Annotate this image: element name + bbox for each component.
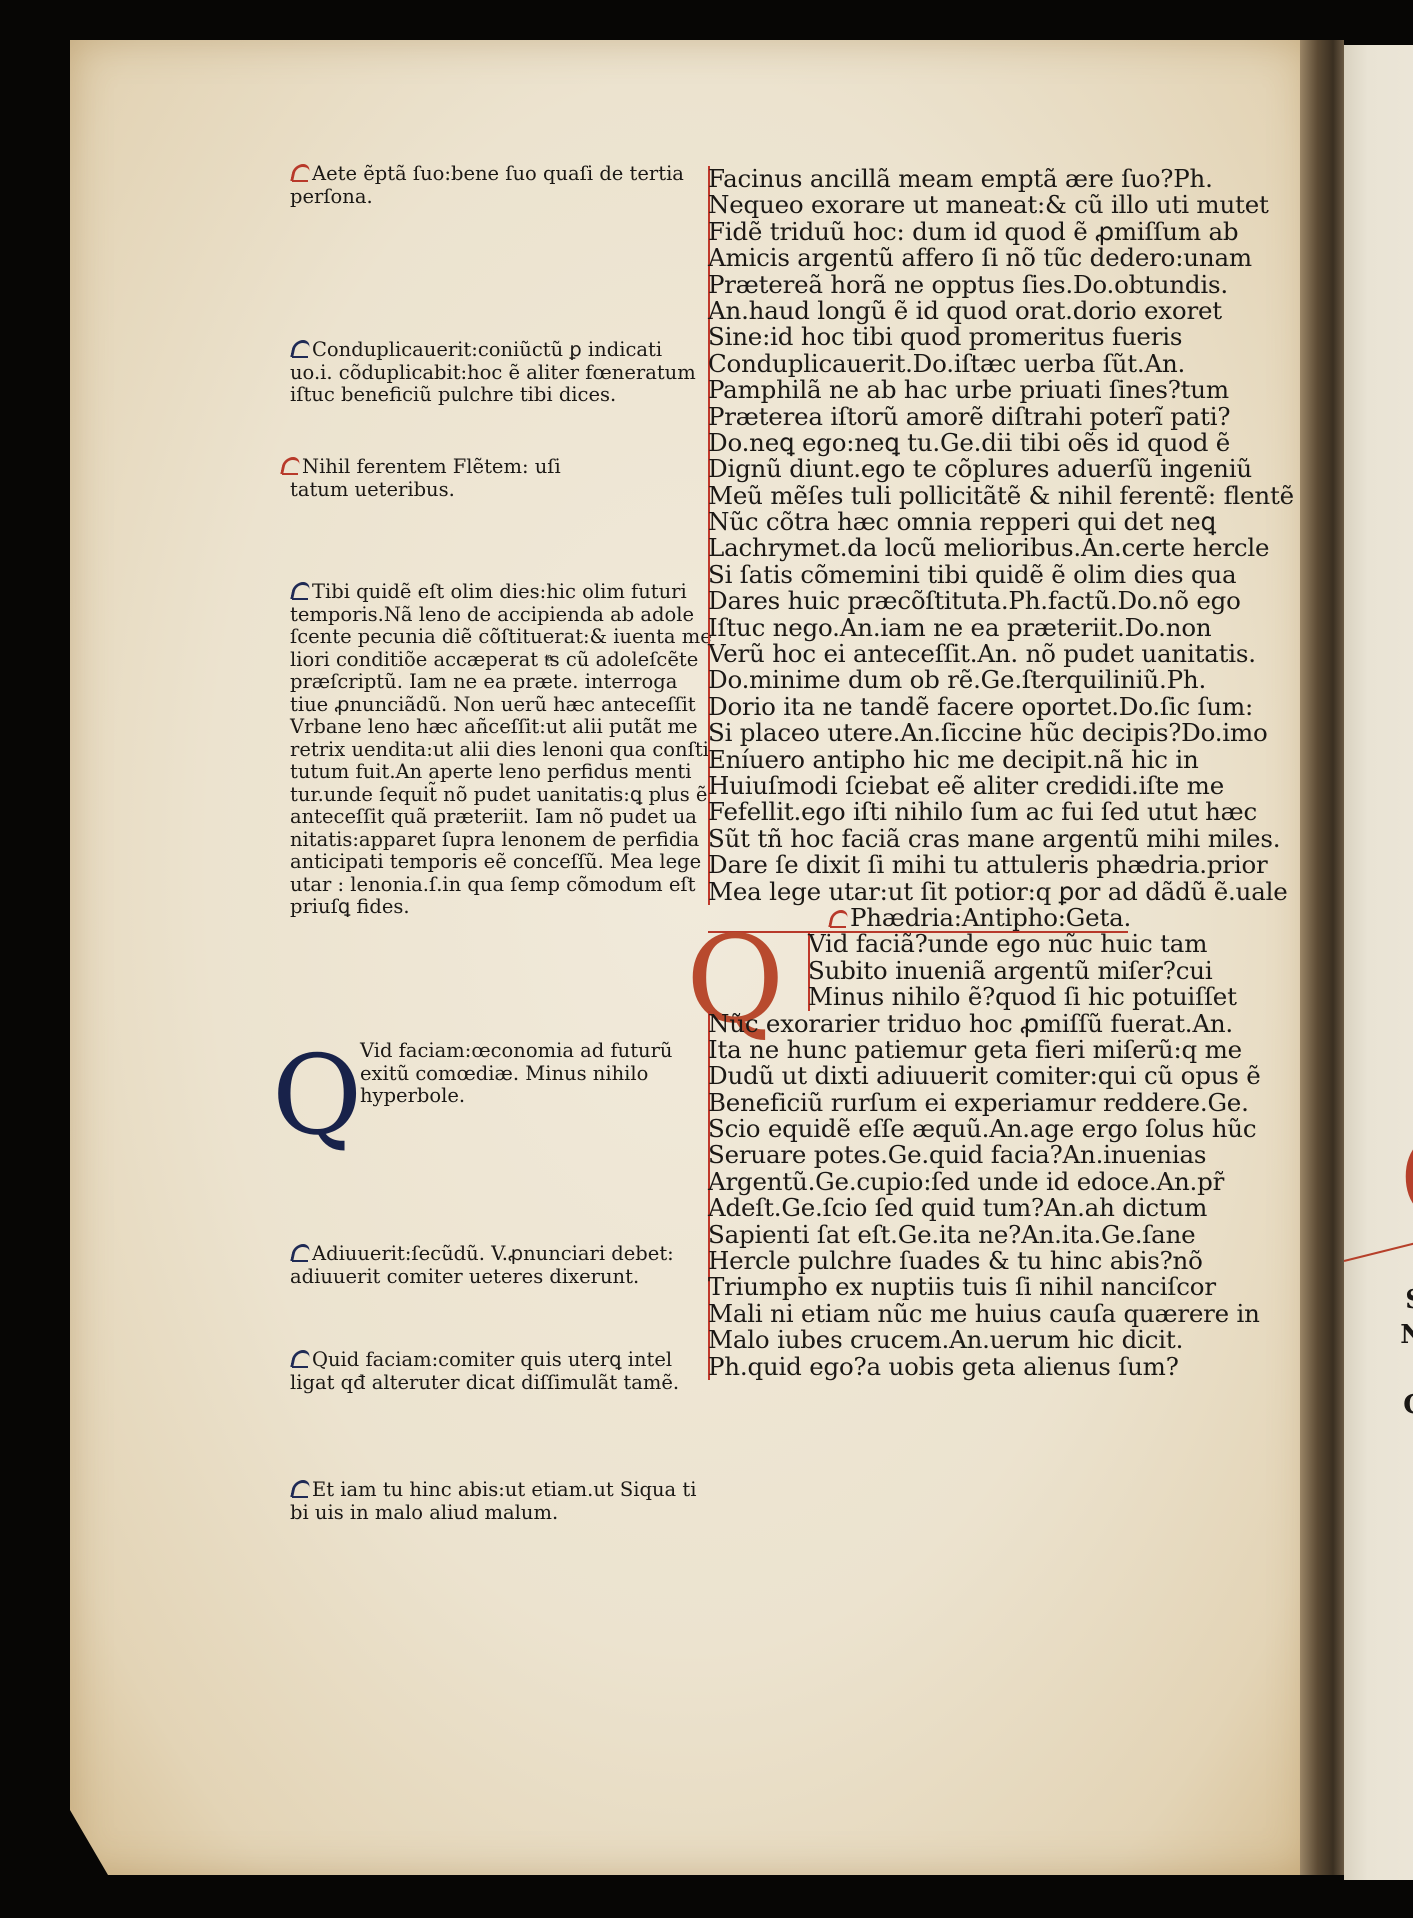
verse-line: Mea lege utar:ut ſit potior:q ꝑor ad dãd… xyxy=(708,879,1268,905)
commentary-block: Nihil ferentem Flẽtem: uſi tatum ueterib… xyxy=(280,455,680,501)
pilcrow-icon xyxy=(290,162,310,182)
commentary-line: Tibi quidẽ eſt olim dies:hic olim futuri xyxy=(312,580,687,603)
verse-line: Fefellit.ego iſti nihilo ſum ac fui ſed … xyxy=(708,799,1268,825)
commentary-line: nitatis:apparet ſupra lenonem de perfidi… xyxy=(290,829,690,852)
pilcrow-icon xyxy=(290,580,310,600)
commentary-line: priuſꝗ fides. xyxy=(290,896,690,919)
commentary-line: iſtuc beneficiũ pulchre tibi dices. xyxy=(290,384,690,407)
verse-line: Minus nihilo ẽ?quod ſi hic potuiſſet xyxy=(808,984,1268,1010)
verse-line: Pamphilã ne ab hac urbe priuati ſines?tu… xyxy=(708,377,1268,403)
verse-line: Sũt tñ hoc faciã cras mane argentũ mihi … xyxy=(708,826,1268,852)
verse-block: Nũc exorarier triduo hoc ꝓmiſſũ fuerat.A… xyxy=(708,1011,1268,1380)
commentary-line: Aete ẽptã ſuo:bene ſuo quaſi de tertia xyxy=(312,162,684,185)
pilcrow-icon xyxy=(280,455,300,475)
adjacent-red-initial: Q xyxy=(1399,1120,1413,1240)
commentary-block: Adiuuerit:ſecũdũ. V.ꝓnunciari debet: adi… xyxy=(290,1242,690,1288)
adjacent-page-edge: Q I S N I C xyxy=(1344,45,1413,1880)
commentary-block-with-initial: Q Vid faciam:œconomia ad futurũ exitũ co… xyxy=(290,1040,690,1108)
commentary-line: exitũ comœdiæ. Minus nihilo xyxy=(360,1063,690,1086)
verse-line: Dare ſe dixit ſi mihi tu attuleris phædr… xyxy=(708,852,1268,878)
commentary-line: Conduplicauerit:coniũctũ ꝑ indicati xyxy=(312,338,662,361)
commentary-line: tur.unde ſequit̃ nõ pudet uanitatis:ꝗ pl… xyxy=(290,784,690,807)
gutter-shadow xyxy=(1300,40,1344,1875)
verse-line: Præterea iſtorũ amorẽ diſtrahi poterĩ pa… xyxy=(708,404,1268,430)
commentary-block: Et iam tu hinc abis:ut etiam.ut Siqua ti… xyxy=(290,1478,690,1524)
scene-heading-text: Phædria:Antipho:Geta. xyxy=(850,903,1131,932)
verse-line: Huiuſmodi ſciebat eẽ aliter credidi.iſte… xyxy=(708,773,1268,799)
commentary-line: tatum ueteribus. xyxy=(280,479,680,502)
verse-line: Argentũ.Ge.cupio:ſed unde id edoce.An.pr… xyxy=(708,1169,1268,1195)
verse-line: Lachrymet.da locũ melioribus.An.certe he… xyxy=(708,535,1268,561)
verse-line: Dignũ diunt.ego te cõplures aduerſũ inge… xyxy=(708,456,1268,482)
commentary-block: Quid faciam:comiter quis uterꝗ intel lig… xyxy=(290,1348,690,1394)
commentary-line: bi uis in malo aliud malum. xyxy=(290,1502,690,1525)
verse-line: Si ſatis cõmemini tibi quidẽ ẽ olim dies… xyxy=(708,562,1268,588)
commentary-line: Et iam tu hinc abis:ut etiam.ut Siqua ti xyxy=(312,1478,696,1501)
verse-line: Mali ni etiam nũc me huius cauſa quærere… xyxy=(708,1301,1268,1327)
play-text-column: Facinus ancillã meam emptã ære ſuo?Ph. N… xyxy=(708,166,1268,1380)
commentary-line: perſona. xyxy=(290,186,690,209)
verse-line: Nũc cõtra hæc omnia repperi qui det neꝗ xyxy=(708,509,1268,535)
verse-line: Facinus ancillã meam emptã ære ſuo?Ph. xyxy=(708,166,1268,192)
verse-line: Prætereã horã ne opptus ſies.Do.obtundis… xyxy=(708,272,1268,298)
commentary-line: tiue ꝓnunciãdũ. Non uerũ hæc anteceſſit xyxy=(290,694,690,717)
verse-line: An.haud longũ ẽ id quod orat.dorio exore… xyxy=(708,298,1268,324)
adjacent-edge-letter: C xyxy=(1403,1390,1413,1420)
verse-line: Eníuero antipho hic me decipit.nã hic in xyxy=(708,747,1268,773)
verse-line: Sine:id hoc tibi quod promeritus fueris xyxy=(708,324,1268,350)
verse-line: Nequeo exorare ut maneat:& cũ illo uti m… xyxy=(708,192,1268,218)
commentary-line: adiuuerit comiter ueteres dixerunt. xyxy=(290,1266,690,1289)
pilcrow-icon xyxy=(290,1478,310,1498)
verse-line: Dares huic præcõſtituta.Ph.factũ.Do.nõ e… xyxy=(708,588,1268,614)
commentary-line: retrix uendita:ut alii dies lenoni qua c… xyxy=(290,739,690,762)
verse-line: Fidẽ triduũ hoc: dum id quod ẽ ꝓmiſſum a… xyxy=(708,219,1268,245)
verse-line: Ph.quid ego?a uobis geta alienus ſum? xyxy=(708,1354,1268,1380)
commentary-block: Aete ẽptã ſuo:bene ſuo quaſi de tertia p… xyxy=(290,162,690,208)
scene-heading-row: Phædria:Antipho:Geta. xyxy=(708,905,1268,931)
verse-line: Subito inueniã argentũ miſer?cui xyxy=(808,958,1268,984)
commentary-line: uo.i. cõduplicabit:hoc ẽ aliter fœneratu… xyxy=(290,362,690,385)
verse-line: Ita ne hunc patiemur geta fieri miſerũ:q… xyxy=(708,1037,1268,1063)
pilcrow-icon xyxy=(828,908,848,928)
verse-line: Sapienti ſat eſt.Ge.ita ne?An.ita.Ge.ſan… xyxy=(708,1222,1268,1248)
verse-line: Dorio ita ne tandẽ facere oportet.Do.ſic… xyxy=(708,694,1268,720)
commentary-line: anteceſſit quã præteriit. Iam nõ pudet u… xyxy=(290,806,690,829)
verse-block: Facinus ancillã meam emptã ære ſuo?Ph. N… xyxy=(708,166,1268,905)
verse-line: Triumpho ex nuptiis tuis ſi nihil nanciſ… xyxy=(708,1274,1268,1300)
commentary-line: temporis.Nã leno de accipienda ab adole xyxy=(290,604,690,627)
verse-line: Si placeo utere.An.ſiccine hũc decipis?D… xyxy=(708,720,1268,746)
commentary-line: Quid faciam:comiter quis uterꝗ intel xyxy=(312,1348,672,1371)
verse-line: Scio equidẽ eſſe æquũ.An.age ergo ſolus … xyxy=(708,1116,1268,1142)
verse-line: Dudũ ut dixti adiuuerit comiter:qui cũ o… xyxy=(708,1063,1268,1089)
pilcrow-icon xyxy=(290,338,310,358)
adjacent-edge-letter: S xyxy=(1405,1285,1413,1315)
commentary-line: Adiuuerit:ſecũdũ. V.ꝓnunciari debet: xyxy=(312,1242,674,1265)
scene-opening: Q Vid faciã?unde ego nũc huic tam Subito… xyxy=(708,931,1268,1010)
commentary-block: Tibi quidẽ eſt olim dies:hic olim futuri… xyxy=(290,580,690,919)
pilcrow-icon xyxy=(290,1348,310,1368)
blue-initial-q: Q xyxy=(272,1040,362,1150)
pilcrow-icon xyxy=(290,1242,310,1262)
verse-line: Verũ hoc ei anteceſſit.An. nõ pudet uani… xyxy=(708,641,1268,667)
commentary-line: ligat qđ alteruter dicat diſſimulãt tamẽ… xyxy=(290,1372,690,1395)
verse-line: Vid faciã?unde ego nũc huic tam xyxy=(808,931,1268,957)
commentary-line: liori conditiõe accæperat tͣs cũ adoleſc… xyxy=(290,649,690,672)
commentary-line: utar : lenonia.ſ.in qua ſemp cõmodum eſt xyxy=(290,874,690,897)
verse-line: Do.neꝗ ego:neꝗ tu.Ge.dii tibi oẽs id quo… xyxy=(708,430,1268,456)
verse-line: Amicis argentũ affero ſi nõ tũc dedero:u… xyxy=(708,245,1268,271)
commentary-line: anticipati temporis eẽ conceſſũ. Mea leg… xyxy=(290,851,690,874)
verse-line: Malo iubes crucem.An.uerum hic dicit. xyxy=(708,1327,1268,1353)
verse-line: Do.minime dum ob rẽ.Ge.ſterquiliniũ.Ph. xyxy=(708,667,1268,693)
commentary-line: Vid faciam:œconomia ad futurũ xyxy=(360,1040,690,1063)
commentary-line: ſcente pecunia diẽ cõſtituerat:& iuenta … xyxy=(290,626,690,649)
verse-line: Conduplicauerit.Do.iſtæc uerba ſũt.An. xyxy=(708,351,1268,377)
verse-line: Meũ mẽſes tuli pollicitãtẽ & nihil feren… xyxy=(708,483,1268,509)
verse-line: Adeſt.Ge.ſcio ſed quid tum?An.ah dictum xyxy=(708,1195,1268,1221)
adjacent-edge-letter: N xyxy=(1400,1320,1413,1350)
verse-line: Hercle pulchre ſuades & tu hinc abis?nõ xyxy=(708,1248,1268,1274)
commentary-line: præſcriptũ. Iam ne ea præte. interroga xyxy=(290,671,690,694)
commentary-line: Vrbane leno hæc añceſſit:ut alii putãt m… xyxy=(290,716,690,739)
commentary-line: Nihil ferentem Flẽtem: uſi xyxy=(302,455,561,478)
commentary-line: tutum fuit.An aperte leno perfidus menti xyxy=(290,761,690,784)
verse-line: Beneficiũ rurſum ei experiamur reddere.G… xyxy=(708,1090,1268,1116)
commentary-block: Conduplicauerit:coniũctũ ꝑ indicati uo.i… xyxy=(290,338,690,407)
verse-line: Iſtuc nego.An.iam ne ea præteriit.Do.non xyxy=(708,615,1268,641)
verse-line: Nũc exorarier triduo hoc ꝓmiſſũ fuerat.A… xyxy=(708,1011,1268,1037)
verse-line: Seruare potes.Ge.quid facia?An.inuenias xyxy=(708,1142,1268,1168)
commentary-line: hyperbole. xyxy=(360,1085,690,1108)
